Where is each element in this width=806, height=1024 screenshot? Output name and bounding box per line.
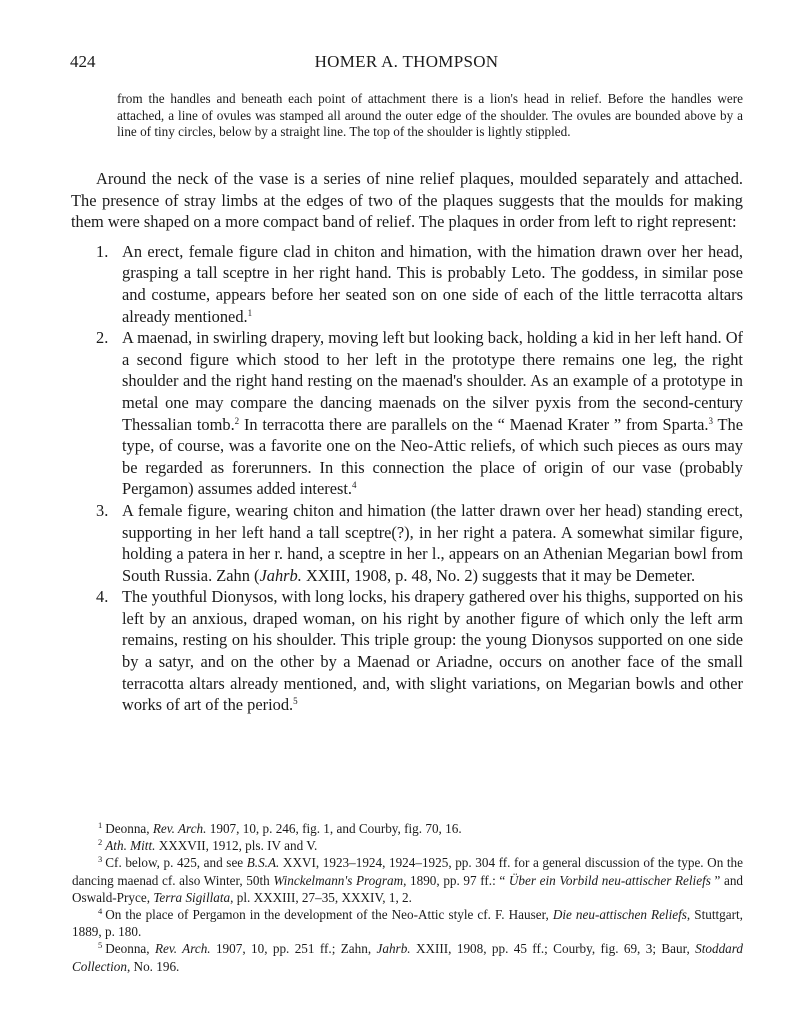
plaque-number: 2. xyxy=(96,327,108,349)
footnote-text: 1907, 10, pp. 251 ff.; Zahn, xyxy=(211,941,377,956)
footnote-text: XXIII, 1908, pp. 45 ff.; Courby, fig. 69… xyxy=(411,941,696,956)
plaque-text: In terracotta there are parallels on the… xyxy=(239,415,708,434)
plaque-item-1: 1. An erect, female figure clad in chito… xyxy=(71,241,743,327)
plaque-text: XXIII, 1908, p. 48, No. 2) suggests that… xyxy=(302,566,695,585)
footnote-text: , 1890, pp. 97 ff.: “ xyxy=(403,873,509,888)
document-page: 424 HOMER A. THOMPSON from the handles a… xyxy=(0,0,806,1024)
footnote-text: Deonna, xyxy=(105,821,153,836)
footnote-text: On the place of Pergamon in the developm… xyxy=(105,907,553,922)
main-text: Around the neck of the vase is a series … xyxy=(71,168,743,716)
footnote-1: 1Deonna, Rev. Arch. 1907, 10, p. 246, fi… xyxy=(72,820,743,837)
plaque-item-3: 3. A female figure, wearing chiton and h… xyxy=(71,500,743,586)
plaque-item-4: 4. The youthful Dionysos, with long lock… xyxy=(71,586,743,716)
citation-title: Rev. Arch. xyxy=(155,941,211,956)
footnote-text: 1907, 10, p. 246, fig. 1, and Courby, fi… xyxy=(206,821,461,836)
footnote-number: 3 xyxy=(98,854,102,864)
footnote-text: Cf. below, p. 425, and see xyxy=(105,855,246,870)
plaque-number: 4. xyxy=(96,586,108,608)
plaque-text: An erect, female figure clad in chiton a… xyxy=(122,242,743,326)
plaque-number: 1. xyxy=(96,241,108,263)
footnote-2: 2Ath. Mitt. XXXVII, 1912, pls. IV and V. xyxy=(72,837,743,854)
footnote-ref[interactable]: 5 xyxy=(293,696,298,706)
footnote-ref[interactable]: 1 xyxy=(248,308,253,318)
citation-title: Ath. Mitt. xyxy=(105,838,155,853)
footnote-3: 3Cf. below, p. 425, and see B.S.A. XXVI,… xyxy=(72,854,743,906)
footnote-text: , pl. XXXIII, 27–35, XXXIV, 1, 2. xyxy=(230,890,412,905)
footnote-number: 2 xyxy=(98,837,102,847)
plaque-text: The youthful Dionysos, with long locks, … xyxy=(122,587,743,714)
intro-paragraph: Around the neck of the vase is a series … xyxy=(71,168,743,233)
footnote-number: 4 xyxy=(98,906,102,916)
footnote-number: 5 xyxy=(98,940,102,950)
footnote-4: 4On the place of Pergamon in the develop… xyxy=(72,906,743,940)
running-head: 424 HOMER A. THOMPSON xyxy=(70,52,743,74)
citation-title: Terra Sigillata xyxy=(153,890,230,905)
citation-title: Die neu-attischen Reliefs xyxy=(553,907,687,922)
footnote-text: XXXVII, 1912, pls. IV and V. xyxy=(155,838,317,853)
citation-title: Rev. Arch. xyxy=(153,821,207,836)
footnote-text: , No. 196. xyxy=(127,959,179,974)
footnote-5: 5Deonna, Rev. Arch. 1907, 10, pp. 251 ff… xyxy=(72,940,743,974)
footnote-text: Deonna, xyxy=(105,941,155,956)
plaque-item-2: 2. A maenad, in swirling drapery, moving… xyxy=(71,327,743,500)
citation-title: Über ein Vorbild neu-attischer Reliefs xyxy=(509,873,711,888)
plaque-number: 3. xyxy=(96,500,108,522)
citation-title: B.S.A. xyxy=(247,855,280,870)
running-title: HOMER A. THOMPSON xyxy=(70,52,743,72)
plaque-list: 1. An erect, female figure clad in chito… xyxy=(71,241,743,716)
citation-title: Winckelmann's Program xyxy=(273,873,403,888)
journal-title: Jahrb. xyxy=(260,566,302,585)
continued-paragraph: from the handles and beneath each point … xyxy=(117,91,743,141)
footnote-ref[interactable]: 4 xyxy=(352,480,357,490)
footnote-number: 1 xyxy=(98,820,102,830)
footnotes: 1Deonna, Rev. Arch. 1907, 10, p. 246, fi… xyxy=(72,820,743,975)
citation-title: Jahrb. xyxy=(377,941,411,956)
